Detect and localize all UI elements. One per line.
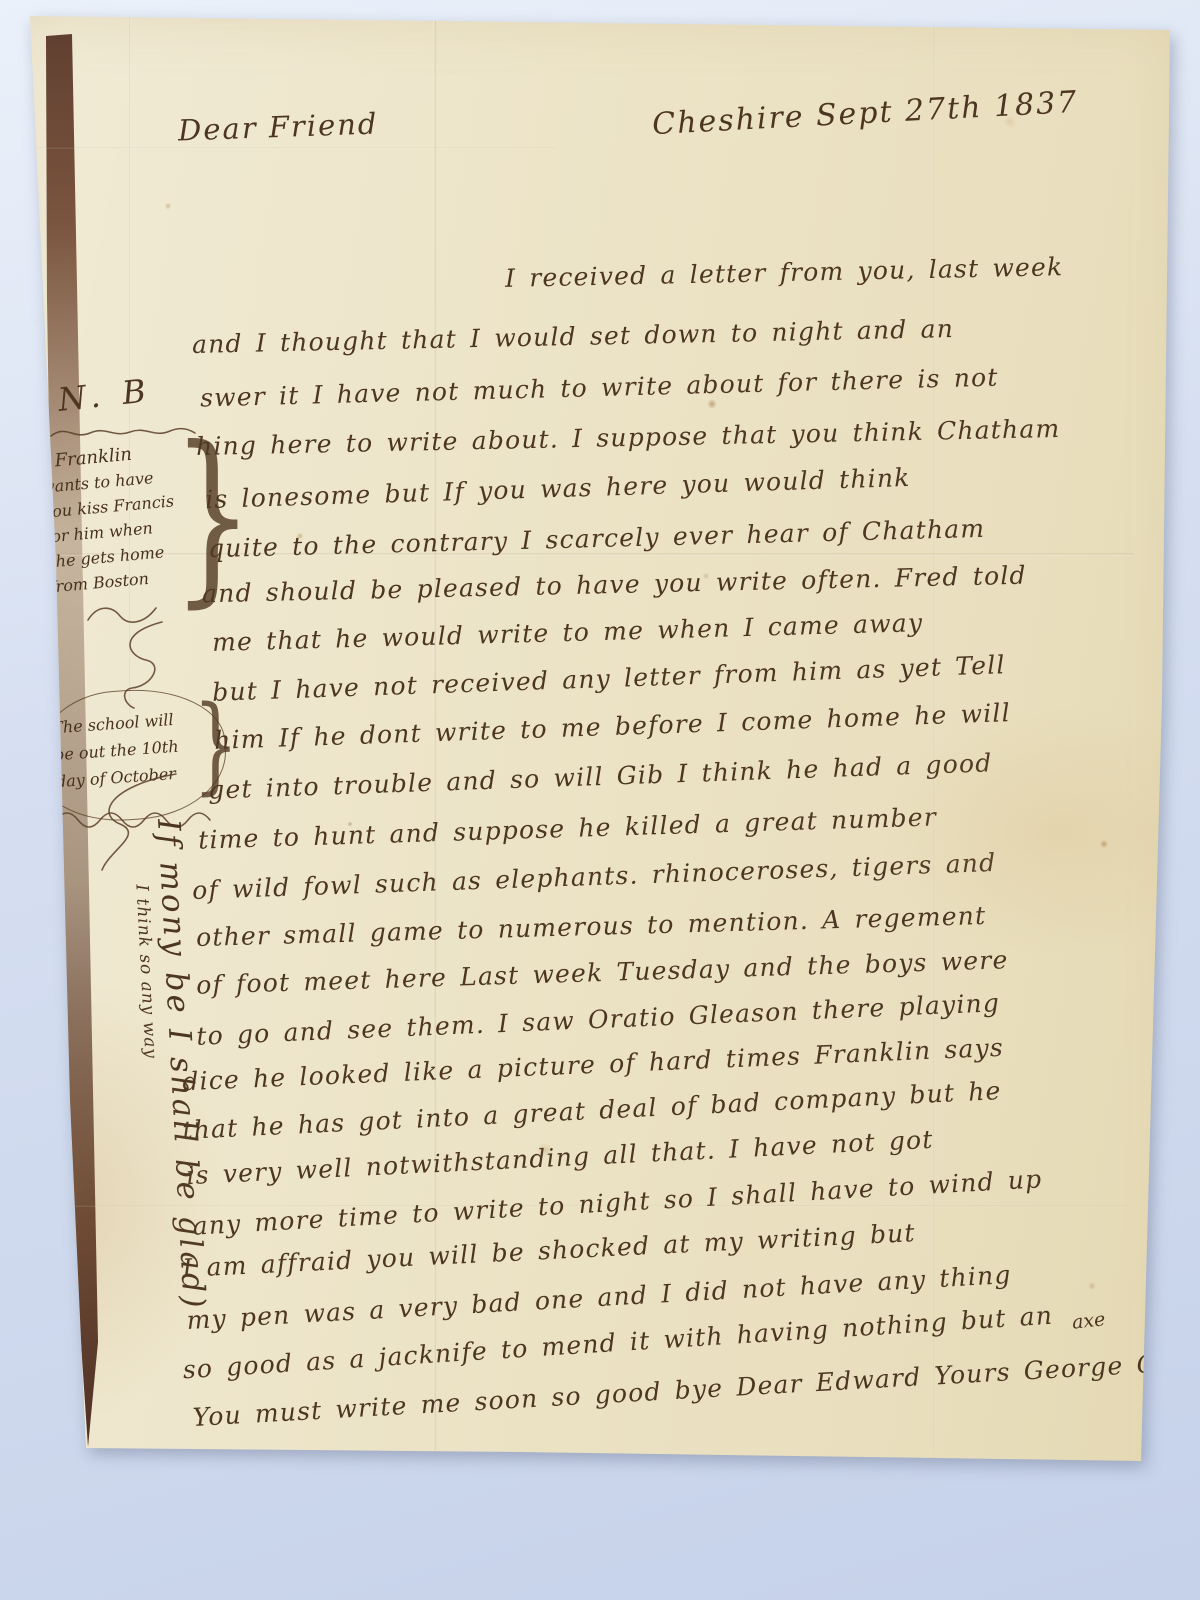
letter-line: get into trouble and so will Gib I think… (208, 748, 993, 804)
letter-line: I received a letter from you, last week (505, 252, 1064, 293)
fold-crease-horizontal (36, 147, 556, 149)
margin-note-kiss: Franklin wants to have you kiss Francis … (38, 439, 182, 600)
letter-line: of foot meet here Last week Tuesday and … (196, 945, 1009, 1000)
fold-crease-vertical (932, 8, 934, 1453)
letter-line: but I have not received any letter from … (212, 650, 1006, 707)
dateline: Cheshire Sept 27th 1837 (651, 85, 1079, 142)
letter-line: him If he dont write to me before I come… (214, 698, 1012, 755)
letter-paper: Dear Friend Cheshire Sept 27th 1837 I re… (0, 0, 1200, 1600)
letter-line: of wild fowl such as elephants. rhinocer… (192, 848, 997, 905)
letter-line: other small game to numerous to mention.… (196, 901, 987, 952)
letter-line: is lonesome but If you was here you woul… (205, 463, 911, 514)
interlinear-insertion: axe (1071, 1308, 1106, 1333)
brace-flourish: } (172, 432, 254, 600)
brace-flourish: } (193, 698, 239, 793)
letter-line: and should be pleased to have you write … (202, 561, 1027, 609)
letter-line: swer it I have not much to write about f… (200, 363, 999, 413)
letter-line: and I thought that I would set down to n… (192, 314, 955, 359)
salutation: Dear Friend (177, 107, 379, 148)
letter-line: quite to the contrary I scarcely ever he… (208, 514, 986, 563)
letter-photo: Dear Friend Cheshire Sept 27th 1837 I re… (0, 0, 1200, 1600)
letter-line: me that he would write to me when I came… (212, 608, 924, 657)
letter-line: time to hunt and suppose he killed a gre… (198, 802, 938, 854)
letter-line: hing here to write about. I suppose that… (196, 414, 1061, 461)
